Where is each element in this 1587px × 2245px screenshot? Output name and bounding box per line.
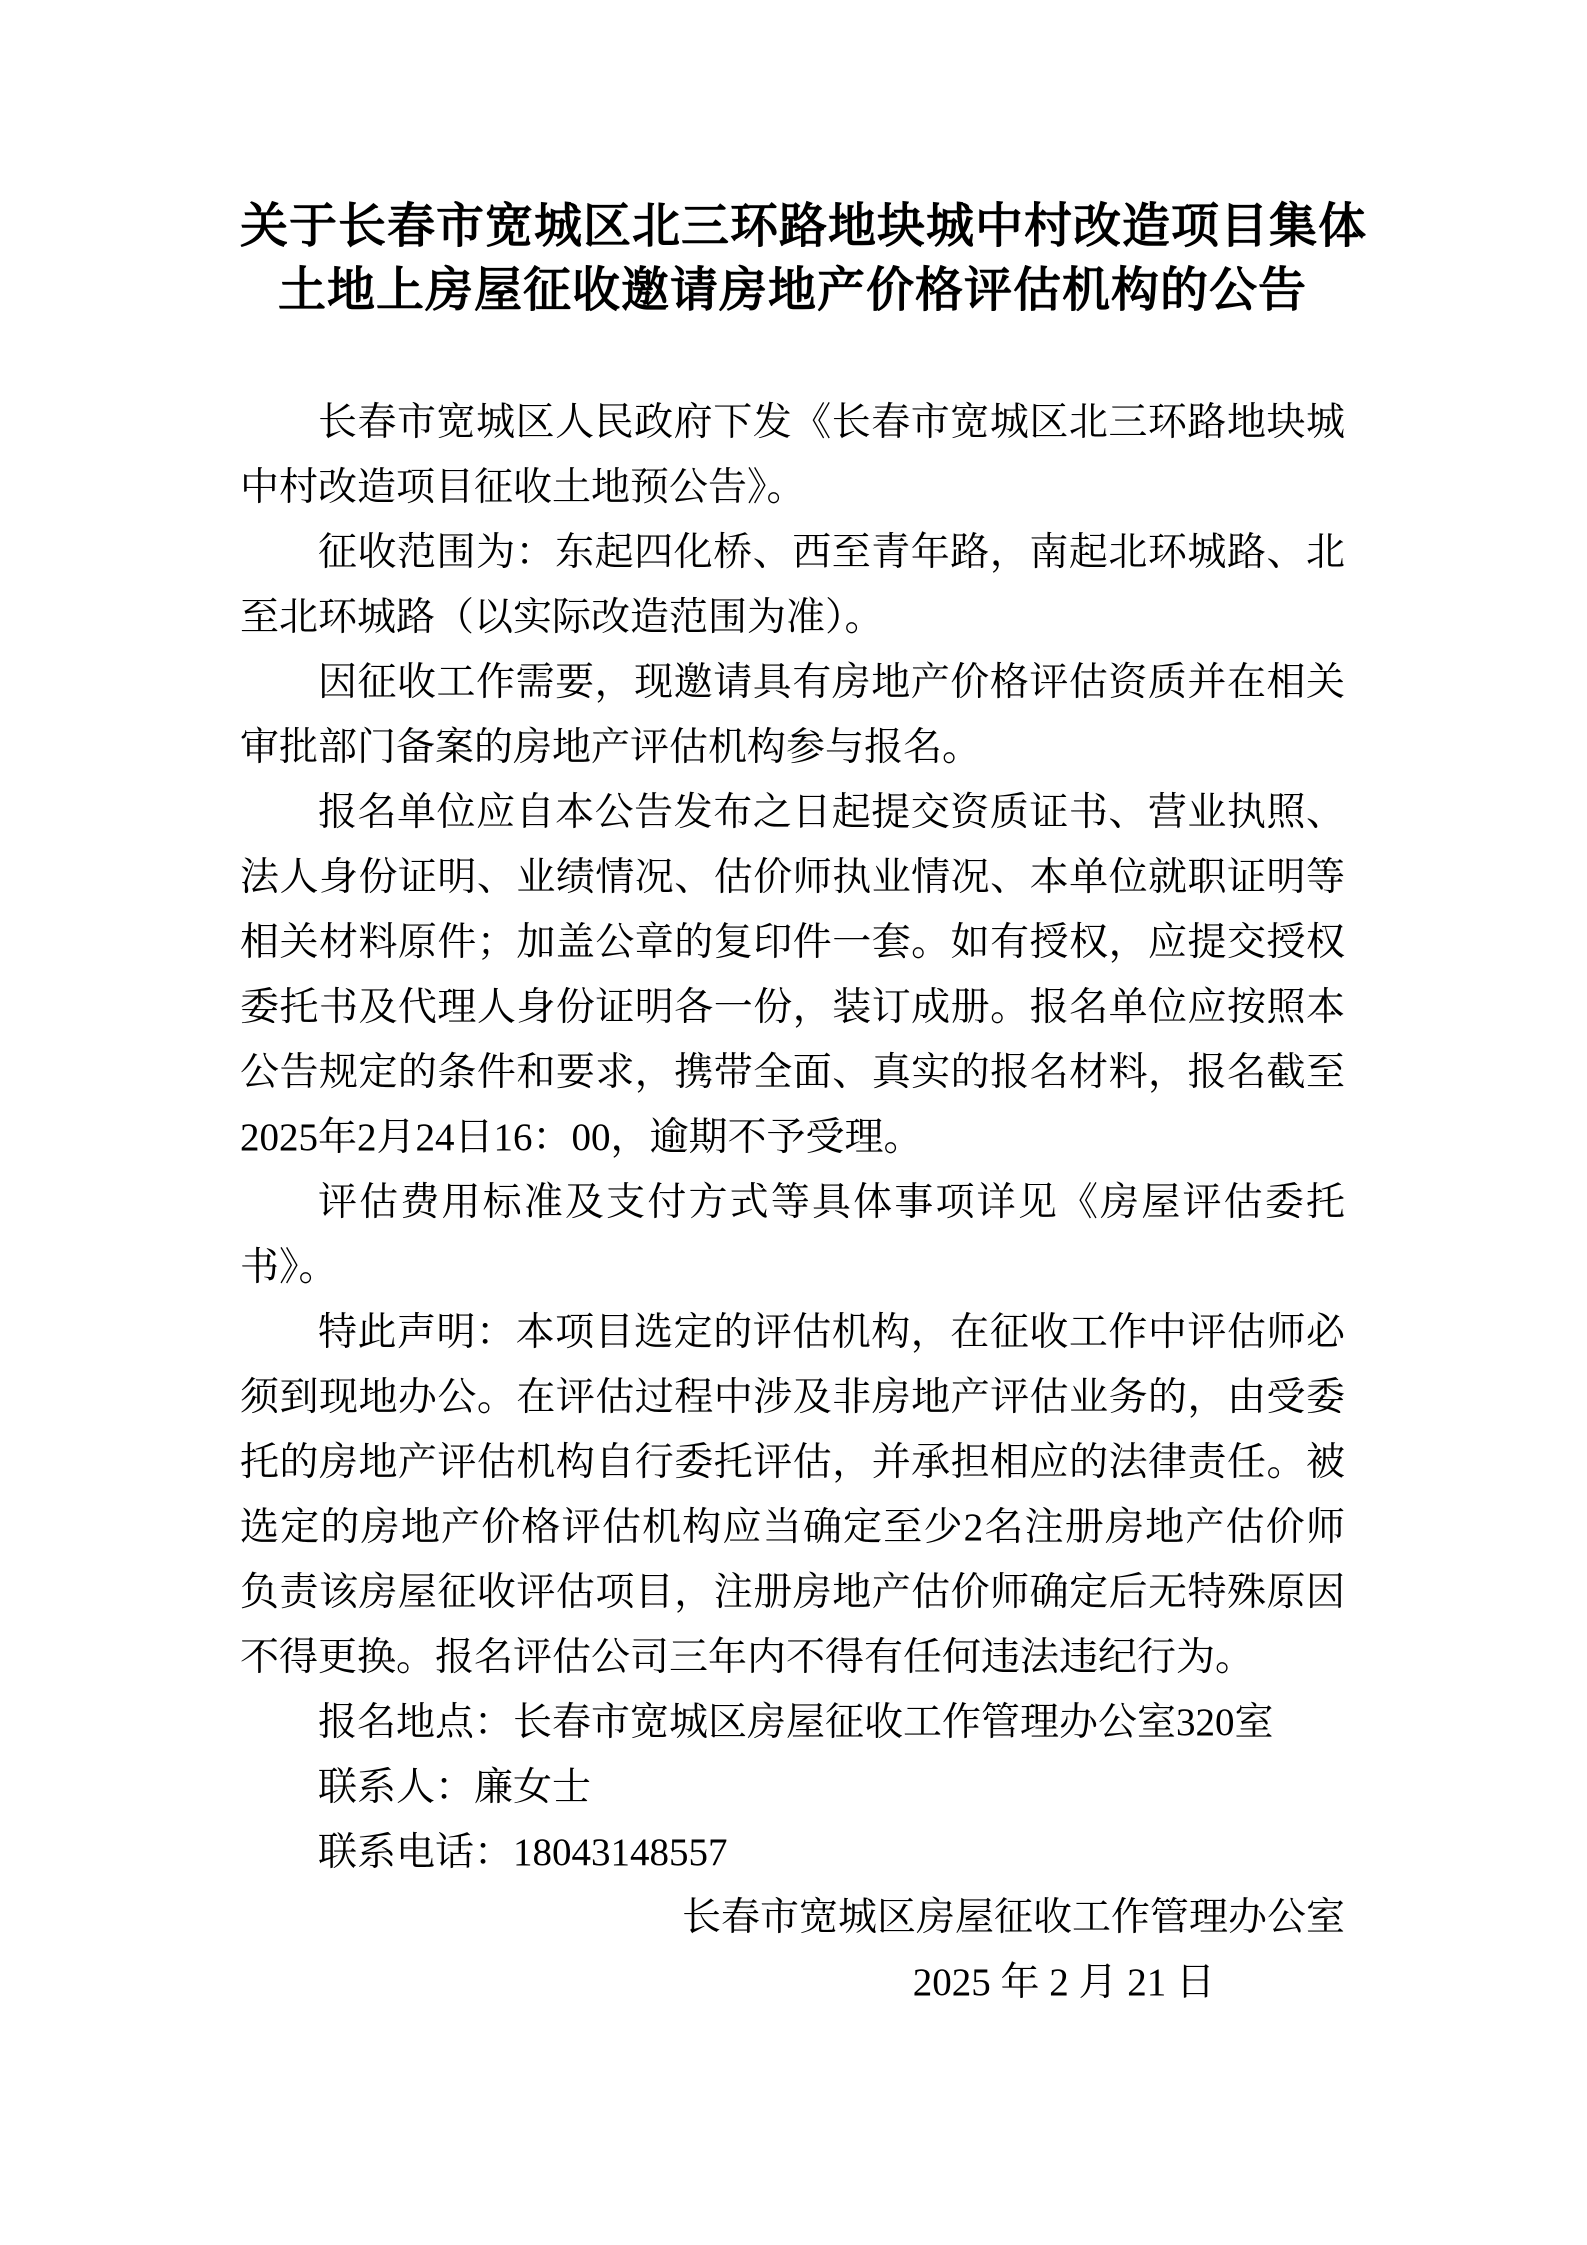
paragraph: 报名单位应自本公告发布之日起提交资质证书、营业执照、法人身份证明、业绩情况、估价… xyxy=(240,780,1345,1170)
document-body: 长春市宽城区人民政府下发《长春市宽城区北三环路地块城中村改造项目征收土地预公告》… xyxy=(240,390,1345,1885)
paragraph: 长春市宽城区人民政府下发《长春市宽城区北三环路地块城中村改造项目征收土地预公告》… xyxy=(240,390,1345,520)
paragraph: 报名地点：长春市宽城区房屋征收工作管理办公室320室 xyxy=(240,1690,1345,1755)
paragraph: 因征收工作需要，现邀请具有房地产价格评估资质并在相关审批部门备案的房地产评估机构… xyxy=(240,650,1345,780)
title-line-1: 关于长春市宽城区北三环路地块城中村改造项目集体 xyxy=(240,195,1345,259)
document-title: 关于长春市宽城区北三环路地块城中村改造项目集体 土地上房屋征收邀请房地产价格评估… xyxy=(240,195,1345,323)
paragraph: 评估费用标准及支付方式等具体事项详见《房屋评估委托书》。 xyxy=(240,1170,1345,1300)
title-line-2: 土地上房屋征收邀请房地产价格评估机构的公告 xyxy=(240,259,1345,323)
paragraph: 特此声明：本项目选定的评估机构，在征收工作中评估师必须到现地办公。在评估过程中涉… xyxy=(240,1300,1345,1690)
signature-block: 长春市宽城区房屋征收工作管理办公室 2025 年 2 月 21 日 xyxy=(240,1885,1345,2015)
paragraph: 联系电话：18043148557 xyxy=(240,1820,1345,1885)
paragraph: 联系人：廉女士 xyxy=(240,1755,1345,1820)
signature-office: 长春市宽城区房屋征收工作管理办公室 xyxy=(240,1885,1345,1950)
document-page: 关于长春市宽城区北三环路地块城中村改造项目集体 土地上房屋征收邀请房地产价格评估… xyxy=(0,0,1587,2245)
paragraph: 征收范围为：东起四化桥、西至青年路，南起北环城路、北至北环城路（以实际改造范围为… xyxy=(240,520,1345,650)
signature-date: 2025 年 2 月 21 日 xyxy=(240,1950,1345,2015)
